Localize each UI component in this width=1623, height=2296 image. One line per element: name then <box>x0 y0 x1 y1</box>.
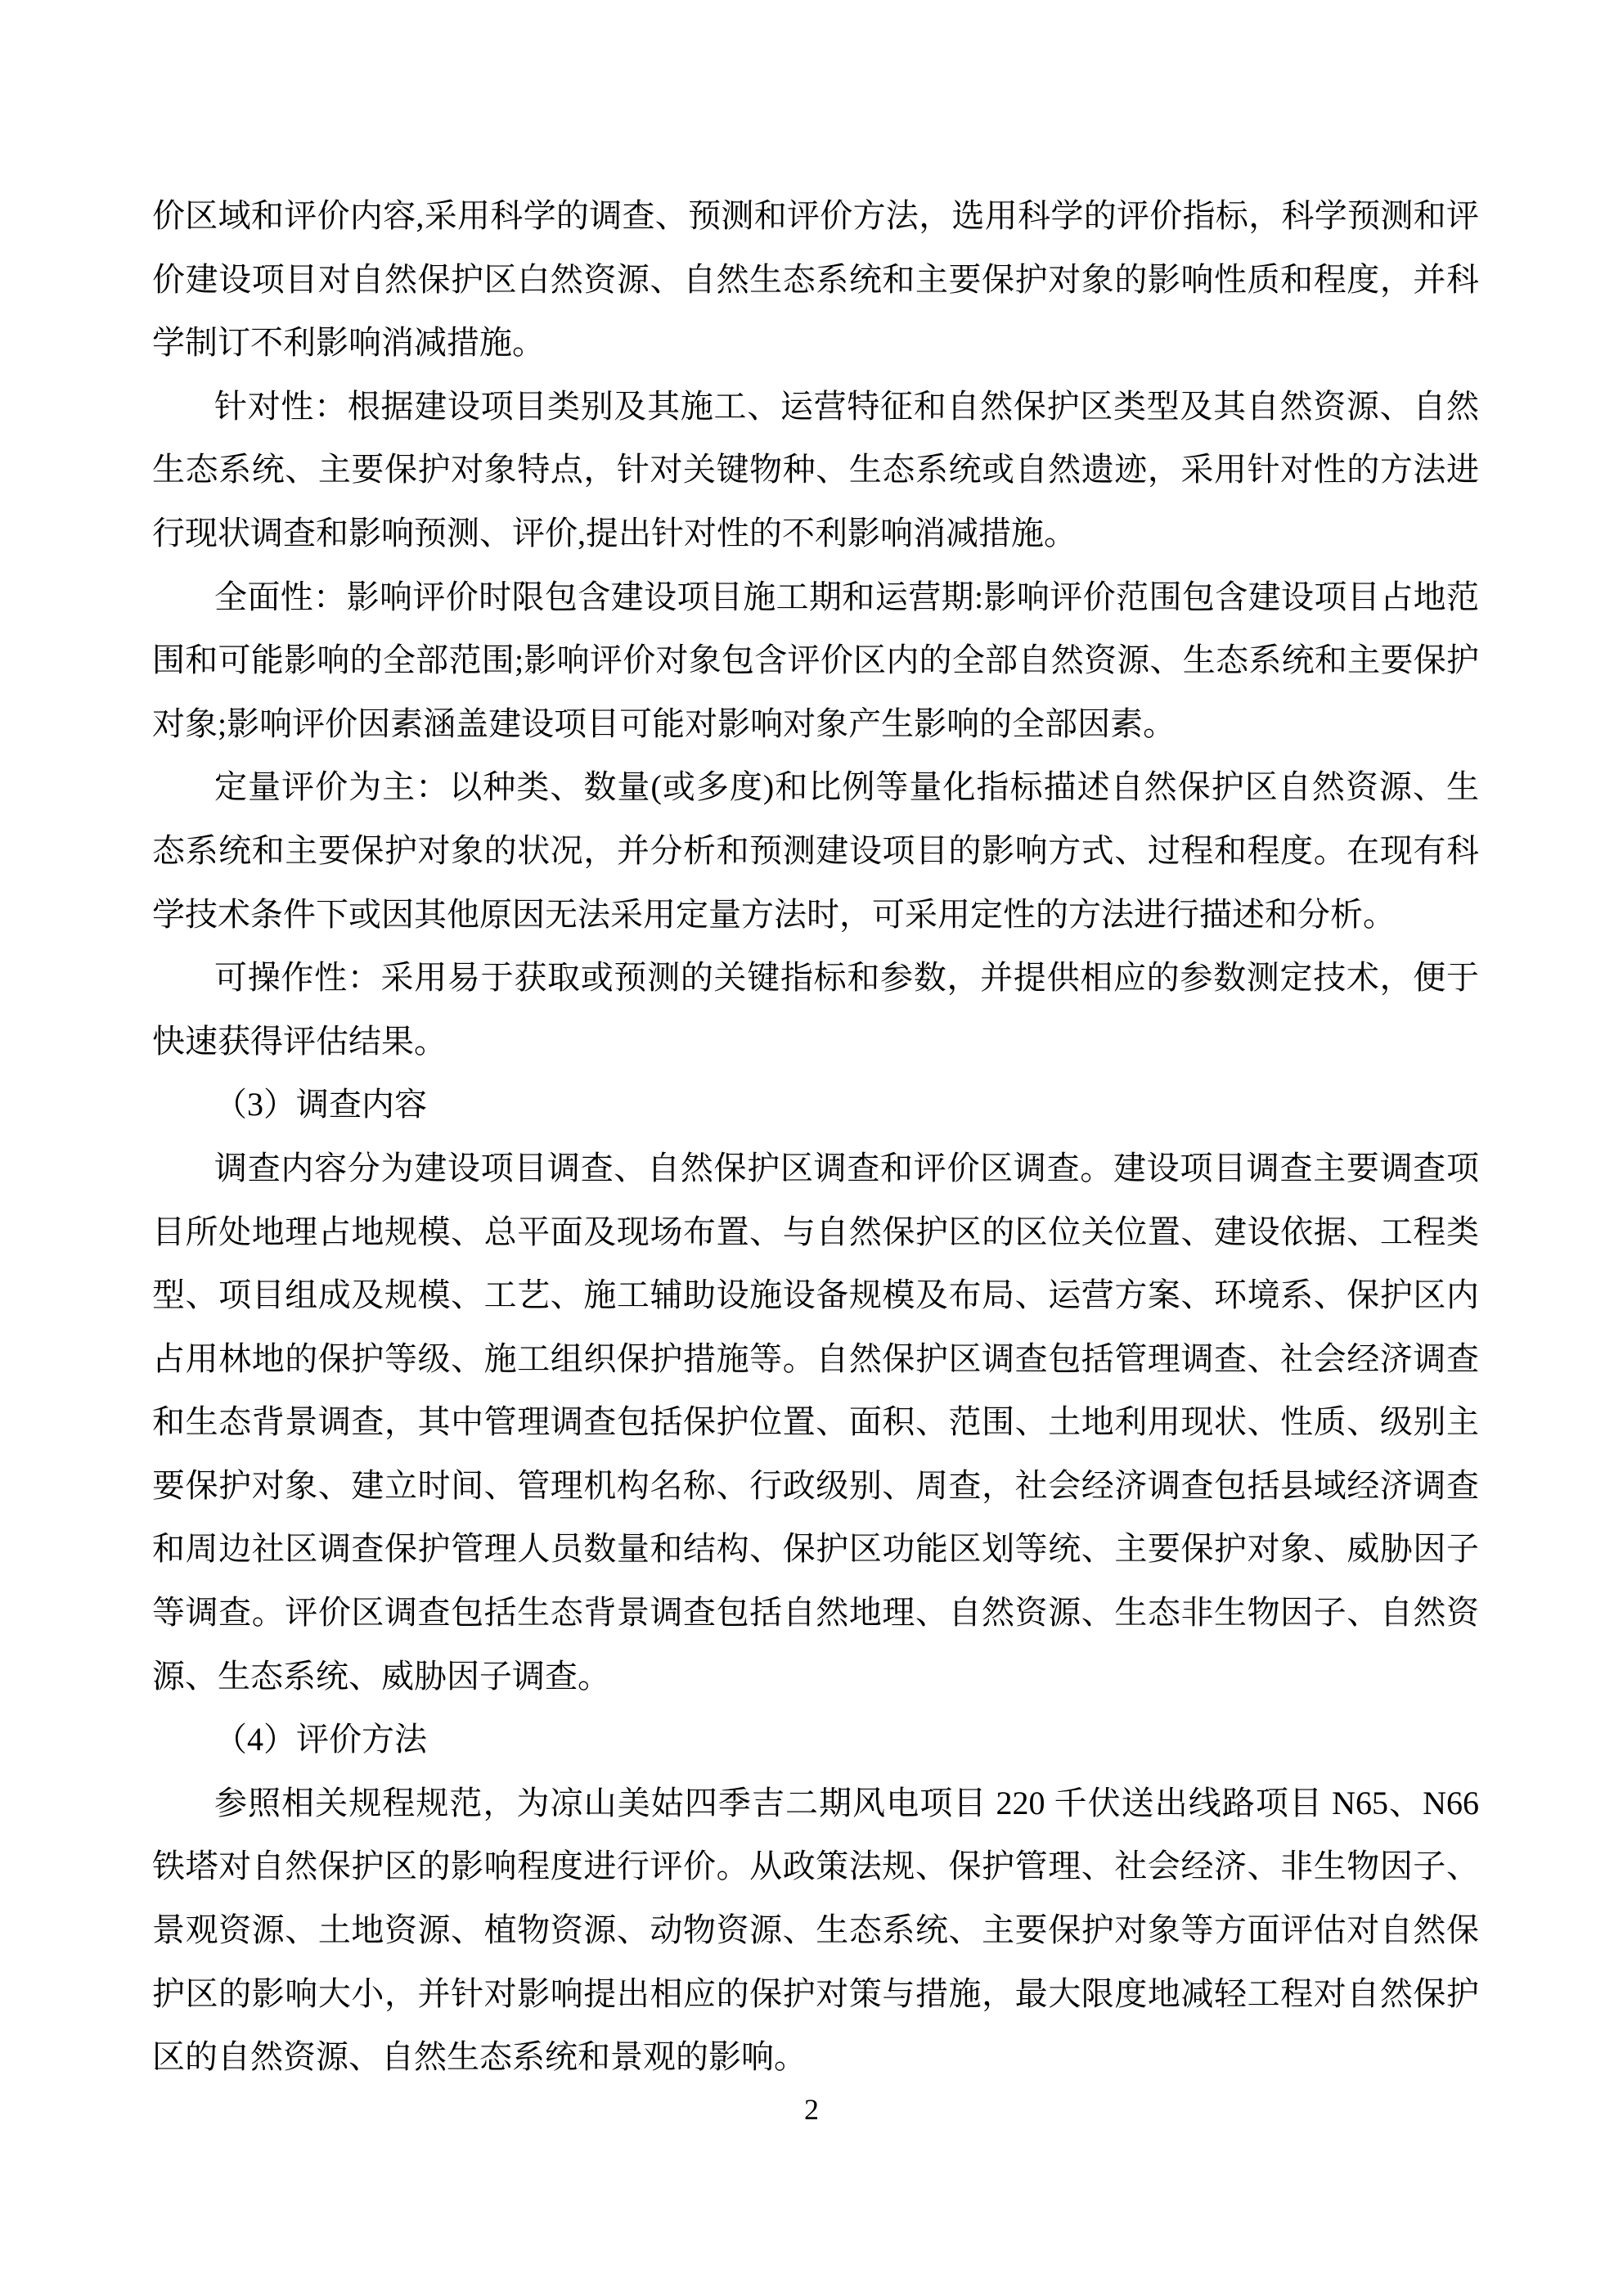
page-footer: 2 <box>0 2091 1623 2127</box>
page-number: 2 <box>804 2093 819 2126</box>
heading-survey-content: （3）调查内容 <box>152 1073 1479 1137</box>
paragraph-continuation: 价区域和评价内容,采用科学的调查、预测和评价方法，选用科学的评价指标，科学预测和… <box>152 184 1479 375</box>
paragraph-operability: 可操作性：采用易于获取或预测的关键指标和参数，并提供相应的参数测定技术，便于快速… <box>152 946 1479 1073</box>
paragraph-evaluation-method: 参照相关规程规范，为凉山美姑四季吉二期风电项目 220 千伏送出线路项目 N65… <box>152 1772 1479 2089</box>
paragraph-survey-content: 调查内容分为建设项目调查、自然保护区调查和评价区调查。建设项目调查主要调查项目所… <box>152 1137 1479 1708</box>
paragraph-targetedness: 针对性：根据建设项目类别及其施工、运营特征和自然保护区类型及其自然资源、自然生态… <box>152 375 1479 565</box>
heading-evaluation-method: （4）评价方法 <box>152 1708 1479 1772</box>
paragraph-comprehensiveness: 全面性：影响评价时限包含建设项目施工期和运营期:影响评价范围包含建设项目占地范围… <box>152 565 1479 756</box>
document-body: 价区域和评价内容,采用科学的调查、预测和评价方法，选用科学的评价指标，科学预测和… <box>152 184 1479 2089</box>
paragraph-quantitative: 定量评价为主：以种类、数量(或多度)和比例等量化指标描述自然保护区自然资源、生态… <box>152 755 1479 946</box>
document-page: { "page": { "number": "2", "paragraphs":… <box>0 0 1623 2296</box>
